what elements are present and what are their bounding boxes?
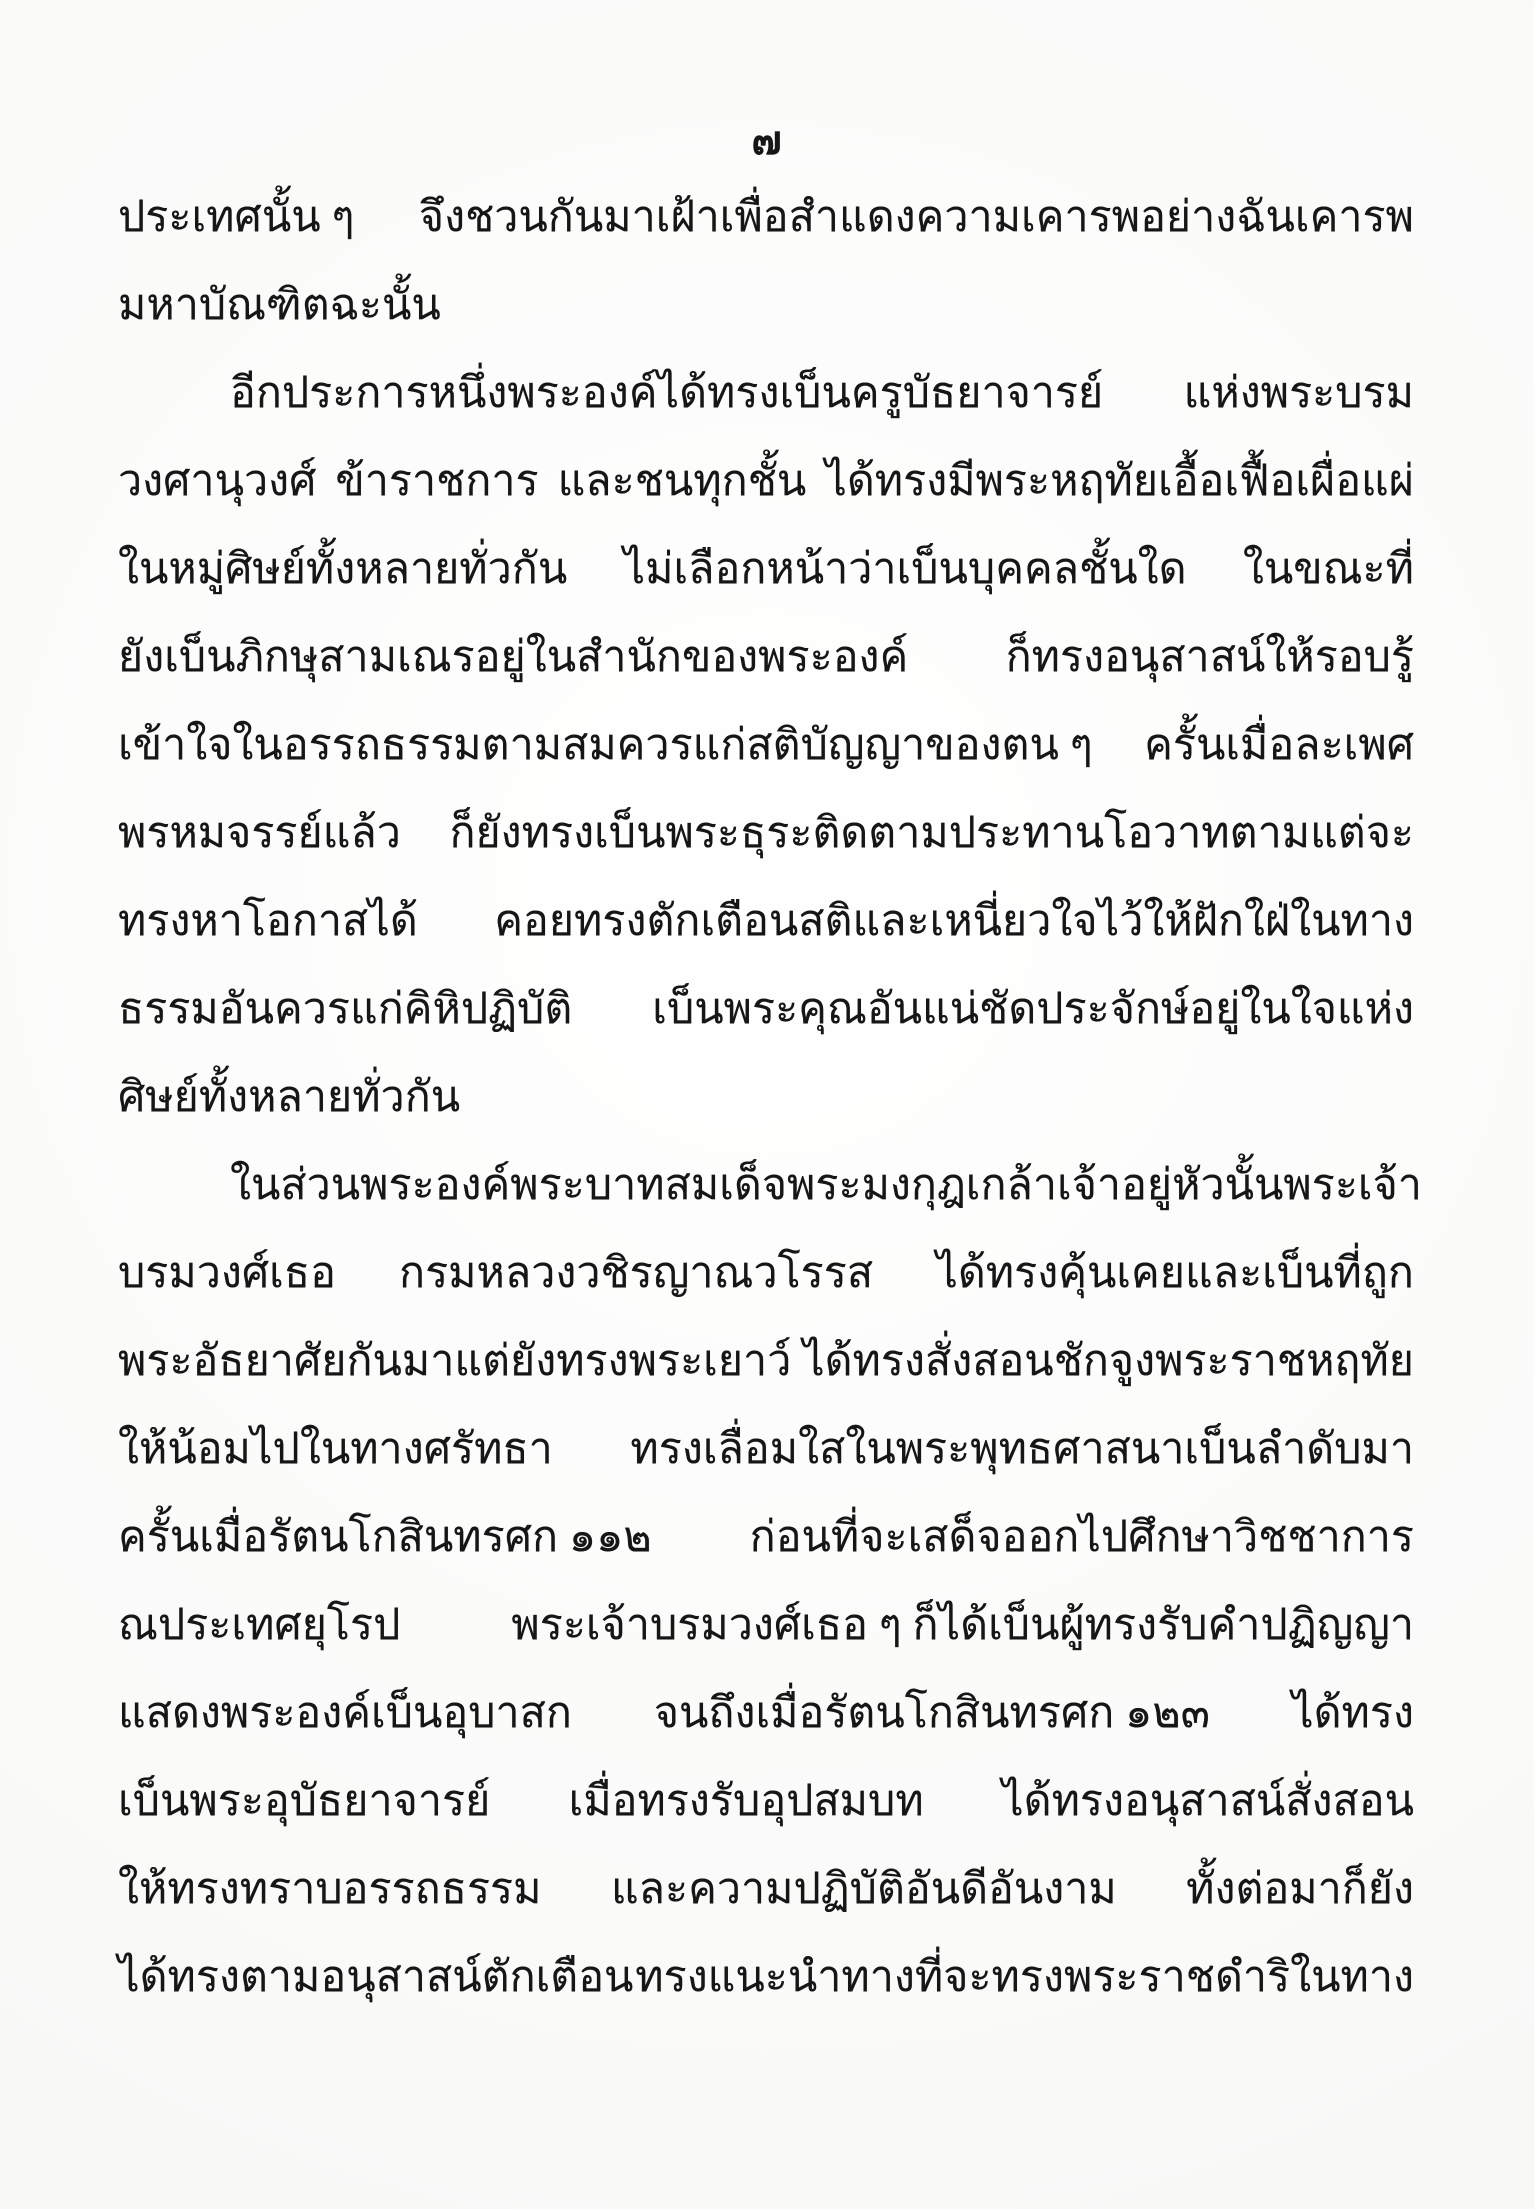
text-line-paragraph-start: อีกประการหนึ่งพระองค์ได้ทรงเบ็นครูบัธยาจ… (118, 348, 1414, 436)
text-line-paragraph-start: ในส่วนพระองค์พระบาทสมเด็จพระมงกุฎเกล้าเจ… (118, 1140, 1414, 1228)
line-segment: ให้ทรงทราบอรรถธรรม (118, 1854, 542, 1922)
line-segment: พระเจ้า (1283, 1150, 1422, 1218)
text-line: ทรงหาโอกาสได้ คอยทรงตักเตือนสติและเหนี่ย… (118, 876, 1414, 964)
line-segment: ได้ทรงสั่งสอนชักจูงพระราชหฤทัย (803, 1326, 1414, 1394)
line-segment: ศิษย์ทั้งหลายทั่วกัน (118, 1062, 460, 1130)
body-text: ประเทศนั้น ๆ จึงชวนกันมาเฝ้าเพื่อสำแดงคว… (118, 172, 1414, 2020)
line-segment: เบ็นพระอุบัธยาจารย์ (118, 1766, 490, 1834)
line-segment: ก็ทรงอนุสาสน์ให้รอบรู้ (1006, 622, 1414, 690)
line-segment: ก็ยังทรงเบ็นพระธุระติดตามประทานโอวาทตามแ… (449, 798, 1414, 866)
line-segment: คอยทรงตักเตือนสติและเหนี่ยวใจไว้ให้ฝักใฝ… (494, 886, 1414, 954)
line-segment: เบ็นพระคุณอันแน่ชัดประจักษ์อยู่ในใจแห่ง (652, 974, 1414, 1042)
line-segment: ในส่วนพระองค์พระบาทสมเด็จพระมงกุฎเกล้าเจ… (230, 1150, 1283, 1218)
line-segment: และชนทุกชั้น (558, 446, 807, 514)
line-segment: จึงชวนกันมาเฝ้าเพื่อสำแดงความเคารพอย่างฉ… (419, 182, 1414, 250)
line-segment: ให้น้อมไปในทางศรัทธา (118, 1414, 553, 1482)
text-line: ในหมู่ศิษย์ทั้งหลายทั่วกัน ไม่เลือกหน้าว… (118, 524, 1414, 612)
text-line: เข้าใจในอรรถธรรมตามสมควรแก่สติบัญญาของตน… (118, 700, 1414, 788)
line-segment: ไม่เลือกหน้าว่าเบ็นบุคคลชั้นใด (623, 534, 1186, 602)
line-segment: ก่อนที่จะเสด็จออกไปศึกษาวิชชาการ (750, 1502, 1414, 1570)
line-segment: ได้ทรงคุ้นเคยและเบ็นที่ถูก (936, 1238, 1414, 1306)
text-line: ให้ทรงทราบอรรถธรรม และความปฏิบัติอันดีอั… (118, 1844, 1414, 1932)
text-line: ธรรมอันควรแก่คิหิปฏิบัติ เบ็นพระคุณอันแน… (118, 964, 1414, 1052)
line-segment: ได้ทรงตามอนุสาสน์ตักเตือน (118, 1942, 633, 2010)
line-segment: มหาบัณฑิตฉะนั้น (118, 270, 441, 338)
line-segment: และความปฏิบัติอันดีอันงาม (611, 1854, 1117, 1922)
line-segment: จนถึงเมื่อรัตนโกสินทรศก ๑๒๓ (654, 1678, 1210, 1746)
line-segment: ทรงเลื่อมใสในพระพุทธศาสนาเบ็นลำดับมา (630, 1414, 1414, 1482)
line-segment: ข้าราชการ (335, 446, 538, 514)
line-segment: บรมวงศ์เธอ (118, 1238, 336, 1306)
line-segment: ธรรมอันควรแก่คิหิปฏิบัติ (118, 974, 572, 1042)
line-segment: ณประเทศยุโรป (118, 1590, 400, 1658)
text-line: ณประเทศยุโรป พระเจ้าบรมวงศ์เธอ ๆ ก็ได้เบ… (118, 1580, 1414, 1668)
line-segment: ยังเบ็นภิกษุสามเณรอยู่ในสำนักของพระองค์ (118, 622, 908, 690)
line-segment: อีกประการหนึ่งพระองค์ได้ทรงเบ็นครูบัธยาจ… (230, 358, 1103, 426)
line-segment: ทรงแนะนำทางที่จะทรงพระราชดำริในทาง (635, 1942, 1414, 2010)
line-segment: ทั้งต่อมาก็ยัง (1186, 1854, 1414, 1922)
line-segment: กรมหลวงวชิรญาณวโรรส (399, 1238, 873, 1306)
text-line: วงศานุวงศ์ ข้าราชการ และชนทุกชั้น ได้ทรง… (118, 436, 1414, 524)
line-segment: ครั้นเมื่อละเพศ (1144, 710, 1414, 778)
line-segment: ในหมู่ศิษย์ทั้งหลายทั่วกัน (118, 534, 567, 602)
text-line: ได้ทรงตามอนุสาสน์ตักเตือน ทรงแนะนำทางที่… (118, 1932, 1414, 2020)
text-line: มหาบัณฑิตฉะนั้น (118, 260, 1414, 348)
text-line: ให้น้อมไปในทางศรัทธา ทรงเลื่อมใสในพระพุท… (118, 1404, 1414, 1492)
line-segment: พระเจ้าบรมวงศ์เธอ ๆ ก็ได้เบ็นผู้ทรงรับคำ… (511, 1590, 1414, 1658)
text-line: ศิษย์ทั้งหลายทั่วกัน (118, 1052, 1414, 1140)
line-segment: ในขณะที่ (1243, 534, 1414, 602)
text-line: พระอัธยาศัยกันมาแต่ยังทรงพระเยาว์ ได้ทรง… (118, 1316, 1414, 1404)
text-line: แสดงพระองค์เบ็นอุบาสก จนถึงเมื่อรัตนโกสิ… (118, 1668, 1414, 1756)
line-segment: ได้ทรงอนุสาสน์สั่งสอน (1002, 1766, 1414, 1834)
line-segment: เมื่อทรงรับอุปสมบท (569, 1766, 924, 1834)
line-segment: ทรงหาโอกาสได้ (118, 886, 418, 954)
line-segment: วงศานุวงศ์ (118, 446, 316, 514)
page-number: ๗ (0, 108, 1534, 172)
line-segment: ประเทศนั้น ๆ (118, 182, 354, 250)
page-background: ๗ ประเทศนั้น ๆ จึงชวนกันมาเฝ้าเพื่อสำแดง… (0, 0, 1534, 2209)
line-segment: ได้ทรงมีพระหฤทัยเอื้อเฟื้อเผื่อแผ่ (825, 446, 1414, 514)
text-line: พรหมจรรย์แล้ว ก็ยังทรงเบ็นพระธุระติดตามป… (118, 788, 1414, 876)
line-segment: เข้าใจในอรรถธรรมตามสมควรแก่สติบัญญาของตน… (118, 710, 1093, 778)
line-segment: แสดงพระองค์เบ็นอุบาสก (118, 1678, 572, 1746)
text-line: ครั้นเมื่อรัตนโกสินทรศก ๑๑๒ ก่อนที่จะเสด… (118, 1492, 1414, 1580)
scanned-book-page: { "document": { "page_number": "๗", "lin… (0, 0, 1534, 2209)
text-line: เบ็นพระอุบัธยาจารย์ เมื่อทรงรับอุปสมบท ไ… (118, 1756, 1414, 1844)
line-segment: ได้ทรง (1292, 1678, 1414, 1746)
text-line: ประเทศนั้น ๆ จึงชวนกันมาเฝ้าเพื่อสำแดงคว… (118, 172, 1414, 260)
line-segment: ครั้นเมื่อรัตนโกสินทรศก ๑๑๒ (118, 1502, 652, 1570)
text-line: บรมวงศ์เธอ กรมหลวงวชิรญาณวโรรส ได้ทรงคุ้… (118, 1228, 1414, 1316)
line-segment: แห่งพระบรม (1184, 358, 1414, 426)
line-segment: พรหมจรรย์แล้ว (118, 798, 401, 866)
line-segment: พระอัธยาศัยกันมาแต่ยังทรงพระเยาว์ (118, 1326, 791, 1394)
text-line: ยังเบ็นภิกษุสามเณรอยู่ในสำนักของพระองค์ … (118, 612, 1414, 700)
